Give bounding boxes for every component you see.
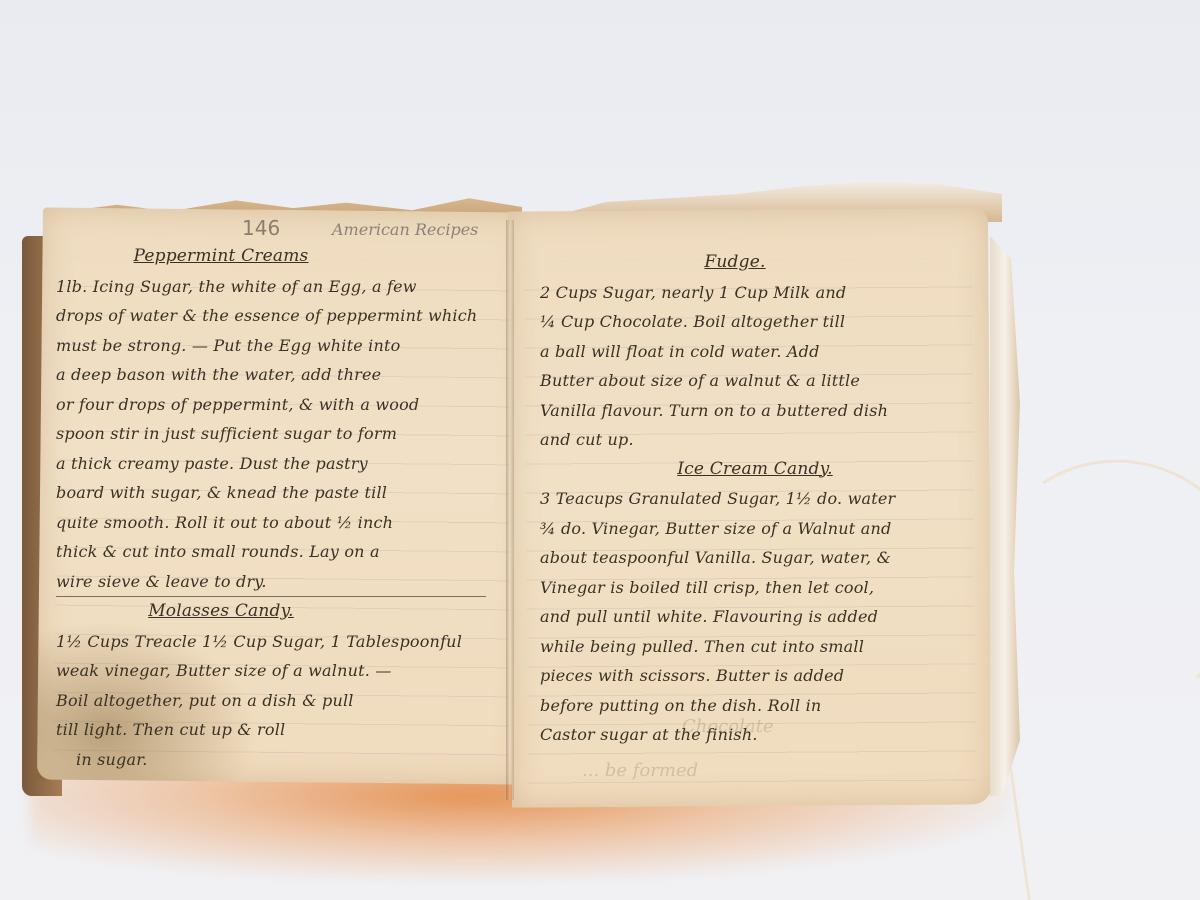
recipe-line: and cut up. xyxy=(540,425,990,455)
recipe-title: Fudge. xyxy=(480,248,990,278)
recipe-line: 1½ Cups Treacle 1½ Cup Sugar, 1 Tablespo… xyxy=(56,627,506,657)
recipe-line: a thick creamy paste. Dust the pastry xyxy=(56,449,506,479)
recipe-line: thick & cut into small rounds. Lay on a xyxy=(56,537,506,567)
recipe-notebook: 146 American Recipes Peppermint Creams 1… xyxy=(22,196,1022,816)
recipe-line: Vanilla flavour. Turn on to a buttered d… xyxy=(540,396,990,426)
recipe-title: Molasses Candy. xyxy=(0,597,506,627)
recipe-line: spoon stir in just sufficient sugar to f… xyxy=(56,419,506,449)
recipe-line: pieces with scissors. Butter is added xyxy=(540,661,990,691)
recipe-line: or four drops of peppermint, & with a wo… xyxy=(56,390,506,420)
recipe-line: 3 Teacups Granulated Sugar, 1½ do. water xyxy=(540,484,990,514)
recipe-line: till light. Then cut up & roll xyxy=(56,715,506,745)
recipe-line: Vinegar is boiled till crisp, then let c… xyxy=(540,573,990,603)
recipe-title: Peppermint Creams xyxy=(0,242,506,272)
recipe-line: ¼ Cup Chocolate. Boil altogether till xyxy=(540,307,990,337)
recipe-line: Butter about size of a walnut & a little xyxy=(540,366,990,396)
recipe-line: weak vinegar, Butter size of a walnut. — xyxy=(56,656,506,686)
bleed-through-text: ... be formed xyxy=(582,760,698,781)
recipe-line: in sugar. xyxy=(56,745,506,775)
recipe-line: a ball will float in cold water. Add xyxy=(540,337,990,367)
recipe-line: while being pulled. Then cut into small xyxy=(540,632,990,662)
left-page-text: Peppermint Creams 1lb. Icing Sugar, the … xyxy=(56,224,506,774)
bleed-through-text: Chocolate xyxy=(682,716,774,737)
recipe-line: 1lb. Icing Sugar, the white of an Egg, a… xyxy=(56,272,506,302)
recipe-line: about teaspoonful Vanilla. Sugar, water,… xyxy=(540,543,990,573)
recipe-line: must be strong. — Put the Egg white into xyxy=(56,331,506,361)
recipe-line: a deep bason with the water, add three xyxy=(56,360,506,390)
recipe-line: drops of water & the essence of peppermi… xyxy=(56,301,506,331)
recipe-line: ¾ do. Vinegar, Butter size of a Walnut a… xyxy=(540,514,990,544)
recipe-line: Boil altogether, put on a dish & pull xyxy=(56,686,506,716)
recipe-title: Ice Cream Candy. xyxy=(520,455,990,485)
recipe-divider xyxy=(56,596,486,597)
book-spine xyxy=(506,220,514,800)
recipe-line: and pull until white. Flavouring is adde… xyxy=(540,602,990,632)
recipe-line: quite smooth. Roll it out to about ½ inc… xyxy=(56,508,506,538)
right-page-text: Fudge. 2 Cups Sugar, nearly 1 Cup Milk a… xyxy=(540,248,990,750)
loose-page-edges xyxy=(990,236,1020,796)
recipe-line: wire sieve & leave to dry. xyxy=(56,567,506,597)
recipe-line: 2 Cups Sugar, nearly 1 Cup Milk and xyxy=(540,278,990,308)
recipe-line: board with sugar, & knead the paste till xyxy=(56,478,506,508)
